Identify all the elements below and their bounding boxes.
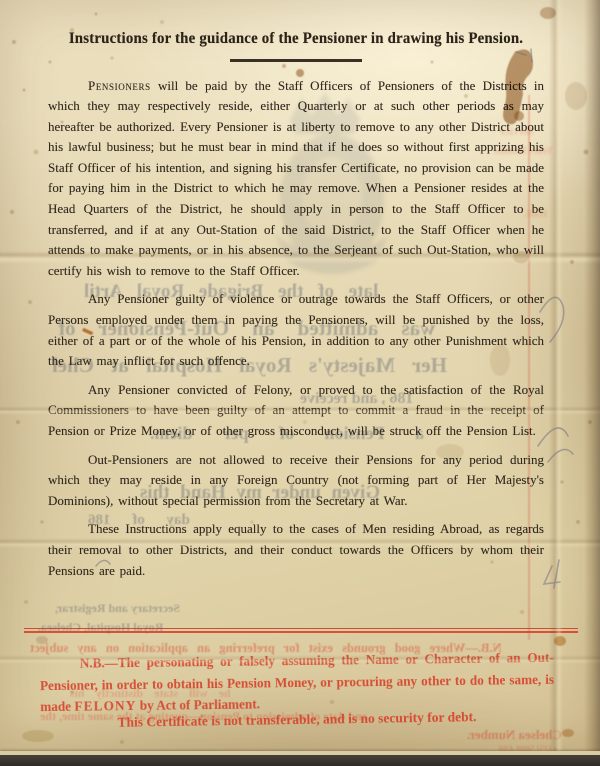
- scan-background: [0, 755, 600, 766]
- scanned-document: { "page": { "title_text": "Instructions …: [0, 0, 600, 766]
- paper-right-edge-shadow: [584, 0, 600, 752]
- pencil-scribbles: [0, 0, 600, 766]
